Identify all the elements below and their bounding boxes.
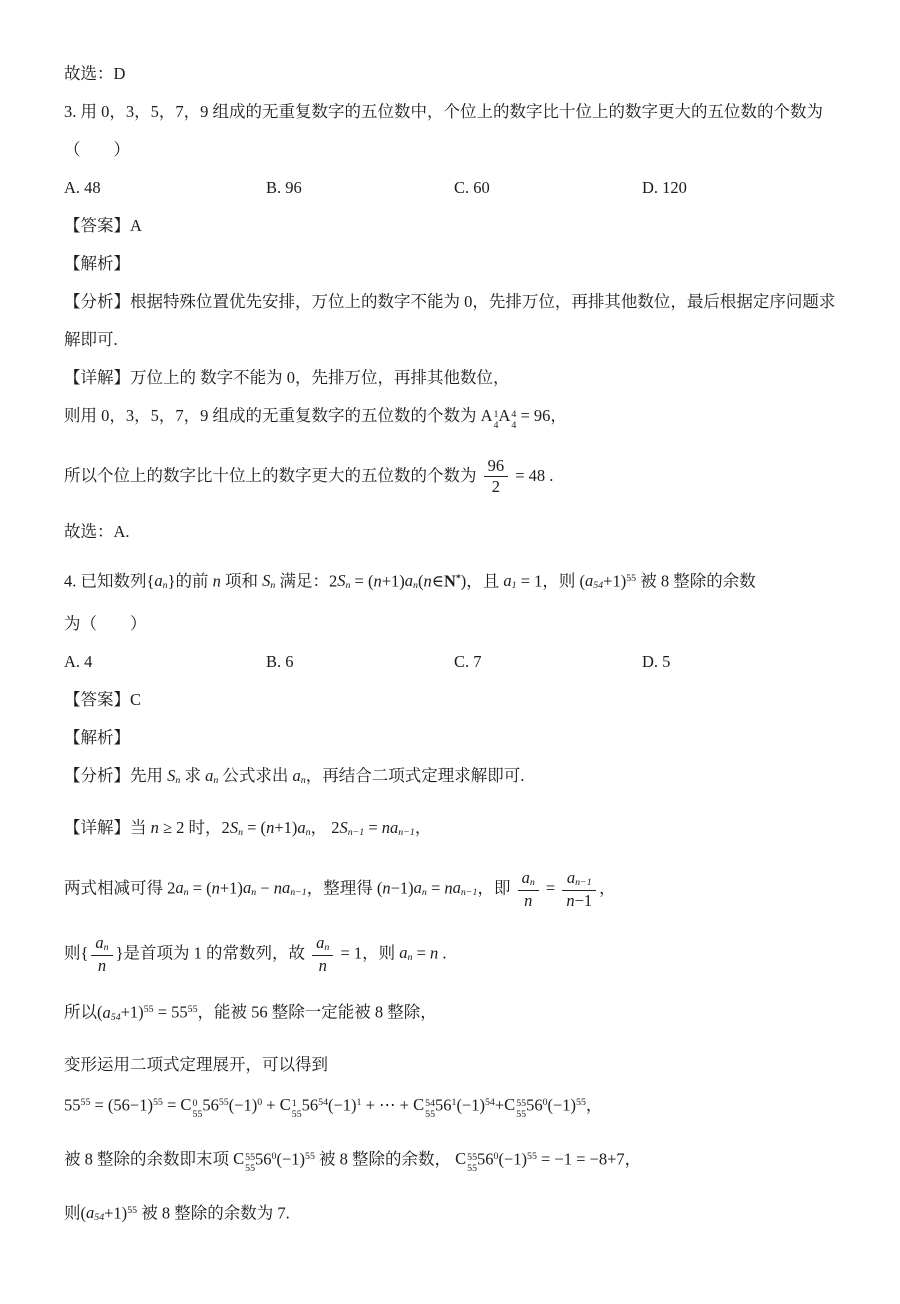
text-run: ， <box>415 818 432 837</box>
text-run: = <box>427 878 445 897</box>
text-run: +1) <box>104 1203 127 1222</box>
text-run: 【详解】万位上的 数字不能为 0，先排万位，再排其他数位， <box>64 368 510 387</box>
math-script: an−1 <box>282 876 307 904</box>
text-run: 【分析】先用 <box>64 766 167 785</box>
text-run: +1) <box>220 878 243 897</box>
text-run: = <box>412 943 430 962</box>
text-run: = 48 . <box>511 466 553 485</box>
text-run: 【答案】C <box>64 690 141 709</box>
text-run: + <box>495 1095 504 1114</box>
text-run: ，即 <box>477 878 514 897</box>
text-run: (−1) <box>548 1095 577 1114</box>
text-run: ，再结合二项式定理求解即可. <box>306 766 525 785</box>
document-content: 故选：D3. 用 0，3，5，7，9 组成的无重复数字的五位数中，个位上的数字比… <box>64 62 842 1229</box>
text-run: = −1 = −8+7， <box>537 1149 641 1168</box>
math-script: 55 <box>188 998 198 1023</box>
text-run: (−1) <box>229 1095 258 1114</box>
math-base: A <box>498 406 510 425</box>
text-run: }是首项为 1 的常数列，故 <box>116 943 310 962</box>
math-base: a <box>567 868 575 887</box>
math-script: 55 <box>127 1199 137 1224</box>
text-run: 56 <box>255 1149 272 1168</box>
text-run: n <box>566 891 574 910</box>
math-script: an <box>243 876 256 904</box>
text-run: n <box>98 956 106 975</box>
q4-options: A. 4B. 6C. 7D. 5 <box>64 650 842 673</box>
text-run: ，整理得 ( <box>307 878 383 897</box>
text-run: ∈ <box>432 571 444 590</box>
q4-binomial: 5555 = (56−1)55 = C0555655(−1)0 + C15556… <box>64 1091 842 1121</box>
text-run: 96 <box>488 456 505 475</box>
fraction: an−1n−1 <box>562 868 596 911</box>
text-run: (−1) <box>498 1149 527 1168</box>
text-run: = <box>542 878 560 897</box>
superscript: 55 <box>153 1097 163 1108</box>
math-base: a <box>154 571 162 590</box>
script-stack: 5555 <box>245 1153 255 1175</box>
text-run: − <box>256 878 274 897</box>
text-run: 为（ ） <box>64 614 147 633</box>
math-script: 54 <box>485 1091 495 1116</box>
math-base: C <box>504 1095 515 1114</box>
math-script: C5555 <box>455 1147 477 1175</box>
text-run: n <box>444 878 452 897</box>
subscript: n−1 <box>348 827 365 838</box>
fraction-denominator: n <box>518 890 539 912</box>
q4-detail-line5: 变形运用二项式定理展开，可以得到 <box>64 1053 842 1076</box>
text-run: = ( <box>243 818 266 837</box>
fraction-numerator: an <box>312 933 333 954</box>
text-run: = <box>364 818 382 837</box>
math-base: a <box>103 1003 111 1022</box>
math-base: C <box>233 1149 244 1168</box>
math-base: C <box>280 1095 291 1114</box>
text-run: + ⋯ + <box>361 1095 413 1114</box>
option-b: B. 96 <box>266 176 454 199</box>
subscript: 55 <box>192 1110 202 1121</box>
text-run: n <box>373 571 381 590</box>
math-base: a <box>503 571 511 590</box>
text-run: n <box>212 878 220 897</box>
text-run: +1) <box>274 818 297 837</box>
math-base: a <box>405 571 413 590</box>
math-script: C5455 <box>413 1093 435 1121</box>
q3-detail-line1: 【详解】万位上的 数字不能为 0，先排万位，再排其他数位， <box>64 366 842 389</box>
superscript: 55 <box>144 1004 154 1015</box>
q3-stem-line2: （ ） <box>64 138 842 161</box>
math-script: 55 <box>153 1091 163 1116</box>
option-a: A. 48 <box>64 176 266 199</box>
math-script: 55 <box>219 1091 229 1116</box>
subscript: n−1 <box>575 877 592 888</box>
text-run: 被 8 整除的余数 <box>636 571 756 590</box>
text-run: n <box>319 956 327 975</box>
fraction: 962 <box>484 456 509 498</box>
math-script: 55 <box>626 567 636 592</box>
math-script: 55 <box>527 1145 537 1170</box>
text-run: (−1) <box>276 1149 305 1168</box>
text-run: 公式求出 <box>218 766 292 785</box>
superscript: 55 <box>305 1151 315 1162</box>
text-run: −1 <box>575 891 593 910</box>
math-script: an <box>522 868 535 889</box>
q4-stem-line1: 4. 已知数列{an}的前 n 项和 Sn 满足：2Sn = (n+1)an(n… <box>64 567 842 597</box>
math-script: C5555 <box>504 1093 526 1121</box>
subscript: 54 <box>94 1212 104 1223</box>
math-script: Sn <box>337 569 350 597</box>
subscript: n <box>324 942 329 953</box>
fraction-numerator: an−1 <box>562 868 596 889</box>
subscript: 54 <box>593 580 603 591</box>
text-run: 【解析】 <box>64 728 130 747</box>
text-run: 项和 <box>221 571 262 590</box>
text-run: 【分析】根据特殊位置优先安排，万位上的数字不能为 0，先排万位，再排其他数位，最… <box>64 292 835 311</box>
text-run: (−1) <box>456 1095 485 1114</box>
document-page: 故选：D3. 用 0，3，5，7，9 组成的无重复数字的五位数中，个位上的数字比… <box>0 0 900 1304</box>
text-run: 56 <box>477 1149 494 1168</box>
math-script: 55 <box>144 998 154 1023</box>
fraction-denominator: n <box>312 955 333 977</box>
math-script: 55 <box>305 1145 315 1170</box>
math-script: an <box>175 876 188 904</box>
math-script: an <box>293 764 306 792</box>
q3-answer: 【答案】A <box>64 214 842 237</box>
text-run: 【答案】A <box>64 216 142 235</box>
fraction-numerator: 96 <box>484 456 509 477</box>
text-run: 被 8 整除的余数为 7. <box>137 1203 290 1222</box>
text-run: )，且 <box>461 571 504 590</box>
option-c: C. 60 <box>454 176 642 199</box>
math-script: 54 <box>318 1091 328 1116</box>
math-script: A14 <box>481 404 499 432</box>
text-run: . <box>438 943 446 962</box>
math-script: Sn <box>230 816 243 844</box>
math-script: a54 <box>86 1201 104 1229</box>
math-script: a54 <box>103 1001 121 1029</box>
math-script: C5555 <box>233 1147 255 1175</box>
math-base: a <box>414 878 422 897</box>
subscript: 54 <box>111 1012 121 1023</box>
superscript: 55 <box>81 1097 91 1108</box>
fraction-numerator: an <box>518 868 539 889</box>
superscript: 55 <box>527 1151 537 1162</box>
math-base: a <box>293 766 301 785</box>
q4-detail-line1: 【详解】当 n ≥ 2 时，2Sn = (n+1)an， 2Sn−1 = nan… <box>64 816 842 844</box>
text-run: 变形运用二项式定理展开，可以得到 <box>64 1055 328 1074</box>
text-run: 3. 用 0，3，5，7，9 组成的无重复数字的五位数中，个位上的数字比十位上的… <box>64 102 823 121</box>
math-base: C <box>413 1095 424 1114</box>
option-d: D. 120 <box>642 176 842 199</box>
option-d: D. 5 <box>642 650 842 673</box>
text-run: 故选：A. <box>64 522 130 541</box>
text-run: ，能被 56 整除一定能被 8 整除， <box>198 1003 437 1022</box>
math-script: an <box>399 941 412 969</box>
subscript: 55 <box>292 1110 302 1121</box>
q4-stem-line2: 为（ ） <box>64 612 842 635</box>
text-run: 56 <box>435 1095 452 1114</box>
math-base: a <box>243 878 251 897</box>
math-base: A <box>481 406 493 425</box>
math-base: a <box>86 1203 94 1222</box>
subscript: 55 <box>245 1164 255 1175</box>
text-run: 56 <box>526 1095 543 1114</box>
text-run: 【解析】 <box>64 254 130 273</box>
q3-stem-line1: 3. 用 0，3，5，7，9 组成的无重复数字的五位数中，个位上的数字比十位上的… <box>64 100 842 123</box>
superscript: 55 <box>219 1097 229 1108</box>
text-run: +1) <box>603 571 626 590</box>
superscript: 55 <box>188 1004 198 1015</box>
text-run: ， 2 <box>311 818 340 837</box>
text-run: （ ） <box>64 140 130 159</box>
fraction-denominator: n−1 <box>562 890 596 912</box>
text-run: 则用 0，3，5，7，9 组成的无重复数字的五位数的个数为 <box>64 406 481 425</box>
math-base: C <box>180 1095 191 1114</box>
script-stack: 5555 <box>516 1099 526 1121</box>
text-run: = ( <box>189 878 212 897</box>
text-run: = 96， <box>516 406 567 425</box>
math-script: an <box>316 933 329 954</box>
math-script: an <box>414 876 427 904</box>
q4-detail-line2: 两式相减可得 2an = (n+1)an − nan−1，整理得 (n−1)an… <box>64 868 842 911</box>
math-script: A44 <box>498 404 516 432</box>
subscript: 55 <box>425 1110 435 1121</box>
text-run: n <box>382 878 390 897</box>
text-run: 解即可. <box>64 330 118 349</box>
q3-detail-line2: 则用 0，3，5，7，9 组成的无重复数字的五位数的个数为 A14A44 = 9… <box>64 404 842 432</box>
text-run: 56 <box>202 1095 219 1114</box>
q3-analysis-line2: 解即可. <box>64 328 842 351</box>
text-run: }的前 <box>168 571 213 590</box>
text-run: (−1) <box>328 1095 357 1114</box>
subscript: 55 <box>516 1110 526 1121</box>
math-script: an <box>297 816 310 844</box>
fraction-numerator: an <box>91 933 112 954</box>
text-run: 则 <box>64 1203 81 1222</box>
q2-conclusion: 故选：D <box>64 62 842 85</box>
text-run: ， <box>599 878 616 897</box>
math-base: a <box>175 878 183 897</box>
text-run: 则{ <box>64 943 88 962</box>
math-base: a <box>282 878 290 897</box>
fraction-denominator: n <box>91 955 112 977</box>
fraction: ann <box>518 868 539 911</box>
math-base: a <box>453 878 461 897</box>
text-run: = 1，则 <box>336 943 399 962</box>
superscript: 54 <box>318 1097 328 1108</box>
q4-conclusion: 则(a54+1)55 被 8 整除的余数为 7. <box>64 1199 842 1229</box>
text-run: { <box>147 571 155 590</box>
text-run: 55 <box>64 1095 81 1114</box>
option-c: C. 7 <box>454 650 642 673</box>
text-run: n <box>151 818 159 837</box>
text-run: 所以 <box>64 1003 97 1022</box>
text-run: 56 <box>302 1095 319 1114</box>
math-script: C055 <box>180 1093 202 1121</box>
text-run: n <box>274 878 282 897</box>
text-run: 故选：D <box>64 64 125 83</box>
math-script: an <box>154 569 167 597</box>
fraction-denominator: 2 <box>484 476 509 498</box>
superscript: 55 <box>626 573 636 584</box>
math-script: Sn−1 <box>339 816 364 844</box>
q4-answer: 【答案】C <box>64 688 842 711</box>
math-script: an−1 <box>390 816 415 844</box>
superscript: 54 <box>485 1097 495 1108</box>
math-script: N* <box>444 567 461 592</box>
text-run: 被 8 整除的余数即末项 <box>64 1149 233 1168</box>
math-base: a <box>297 818 305 837</box>
math-script: an−1 <box>453 876 478 904</box>
fraction: ann <box>312 933 333 976</box>
text-run: n <box>524 891 532 910</box>
q3-options: A. 48B. 96C. 60D. 120 <box>64 176 842 199</box>
script-stack: 5555 <box>467 1153 477 1175</box>
math-script: Sn <box>262 569 275 597</box>
text-run: +1) <box>121 1003 144 1022</box>
subscript: n−1 <box>290 887 307 898</box>
text-run: ≥ 2 时，2 <box>159 818 230 837</box>
script-stack: 055 <box>192 1099 202 1121</box>
text-run: 两式相减可得 2 <box>64 878 175 897</box>
q4-jiexi: 【解析】 <box>64 726 842 749</box>
q3-analysis-line1: 【分析】根据特殊位置优先安排，万位上的数字不能为 0，先排万位，再排其他数位，最… <box>64 290 842 313</box>
text-run: = 1，则 <box>517 571 580 590</box>
q4-detail-line4: 所以(a54+1)55 = 5555，能被 56 整除一定能被 8 整除， <box>64 998 842 1028</box>
option-a: A. 4 <box>64 650 266 673</box>
script-stack: 5455 <box>425 1099 435 1121</box>
text-run: + <box>262 1095 280 1114</box>
script-stack: 155 <box>292 1099 302 1121</box>
q3-jiexi: 【解析】 <box>64 252 842 275</box>
text-run: n <box>213 571 221 590</box>
math-script: C155 <box>280 1093 302 1121</box>
q4-detail-line6: 被 8 整除的余数即末项 C5555560(−1)55 被 8 整除的余数， C… <box>64 1145 842 1175</box>
math-script: 55 <box>576 1091 586 1116</box>
math-base: C <box>455 1149 466 1168</box>
math-base: S <box>339 818 347 837</box>
math-script: an <box>405 569 418 597</box>
math-script: a1 <box>503 569 516 597</box>
q4-analysis: 【分析】先用 Sn 求 an 公式求出 an，再结合二项式定理求解即可. <box>64 764 842 792</box>
superscript: 55 <box>576 1097 586 1108</box>
fraction: ann <box>91 933 112 976</box>
text-run: = (56−1) <box>90 1095 153 1114</box>
math-script: an <box>205 764 218 792</box>
subscript: n−1 <box>398 827 415 838</box>
math-base: a <box>522 868 530 887</box>
math-base: S <box>230 818 238 837</box>
text-run: 被 8 整除的余数， <box>315 1149 455 1168</box>
text-run: −1) <box>391 878 414 897</box>
math-script: an−1 <box>567 868 592 889</box>
math-script: Sn <box>167 764 180 792</box>
text-run: 2 <box>492 477 500 496</box>
text-run: 所以个位上的数字比十位上的数字更大的五位数的个数为 <box>64 466 481 485</box>
subscript: 55 <box>467 1164 477 1175</box>
text-run: = <box>163 1095 181 1114</box>
math-base: a <box>95 933 103 952</box>
subscript: n <box>530 877 535 888</box>
text-run: = ( <box>350 571 373 590</box>
option-b: B. 6 <box>266 650 454 673</box>
text-run: ， <box>586 1095 603 1114</box>
text-run: n <box>382 818 390 837</box>
math-script: an <box>95 933 108 954</box>
subscript: n−1 <box>461 887 478 898</box>
text-run: 【详解】当 <box>64 818 151 837</box>
math-base: a <box>399 943 407 962</box>
text-run: = 55 <box>154 1003 188 1022</box>
q3-detail-line3: 所以个位上的数字比十位上的数字更大的五位数的个数为 962 = 48 . <box>64 456 842 498</box>
text-run: 求 <box>180 766 205 785</box>
q4-detail-line3: 则{ann}是首项为 1 的常数列，故 ann = 1，则 an = n . <box>64 933 842 976</box>
text-run: n <box>423 571 431 590</box>
text-run: +1) <box>382 571 405 590</box>
text-run: 满足：2 <box>275 571 337 590</box>
math-base: N <box>444 571 456 590</box>
text-run: 4. 已知数列 <box>64 571 147 590</box>
superscript: 55 <box>127 1205 137 1216</box>
q3-conclusion: 故选：A. <box>64 520 842 543</box>
subscript: n <box>104 942 109 953</box>
math-script: a54 <box>585 569 603 597</box>
math-script: 55 <box>81 1091 91 1116</box>
